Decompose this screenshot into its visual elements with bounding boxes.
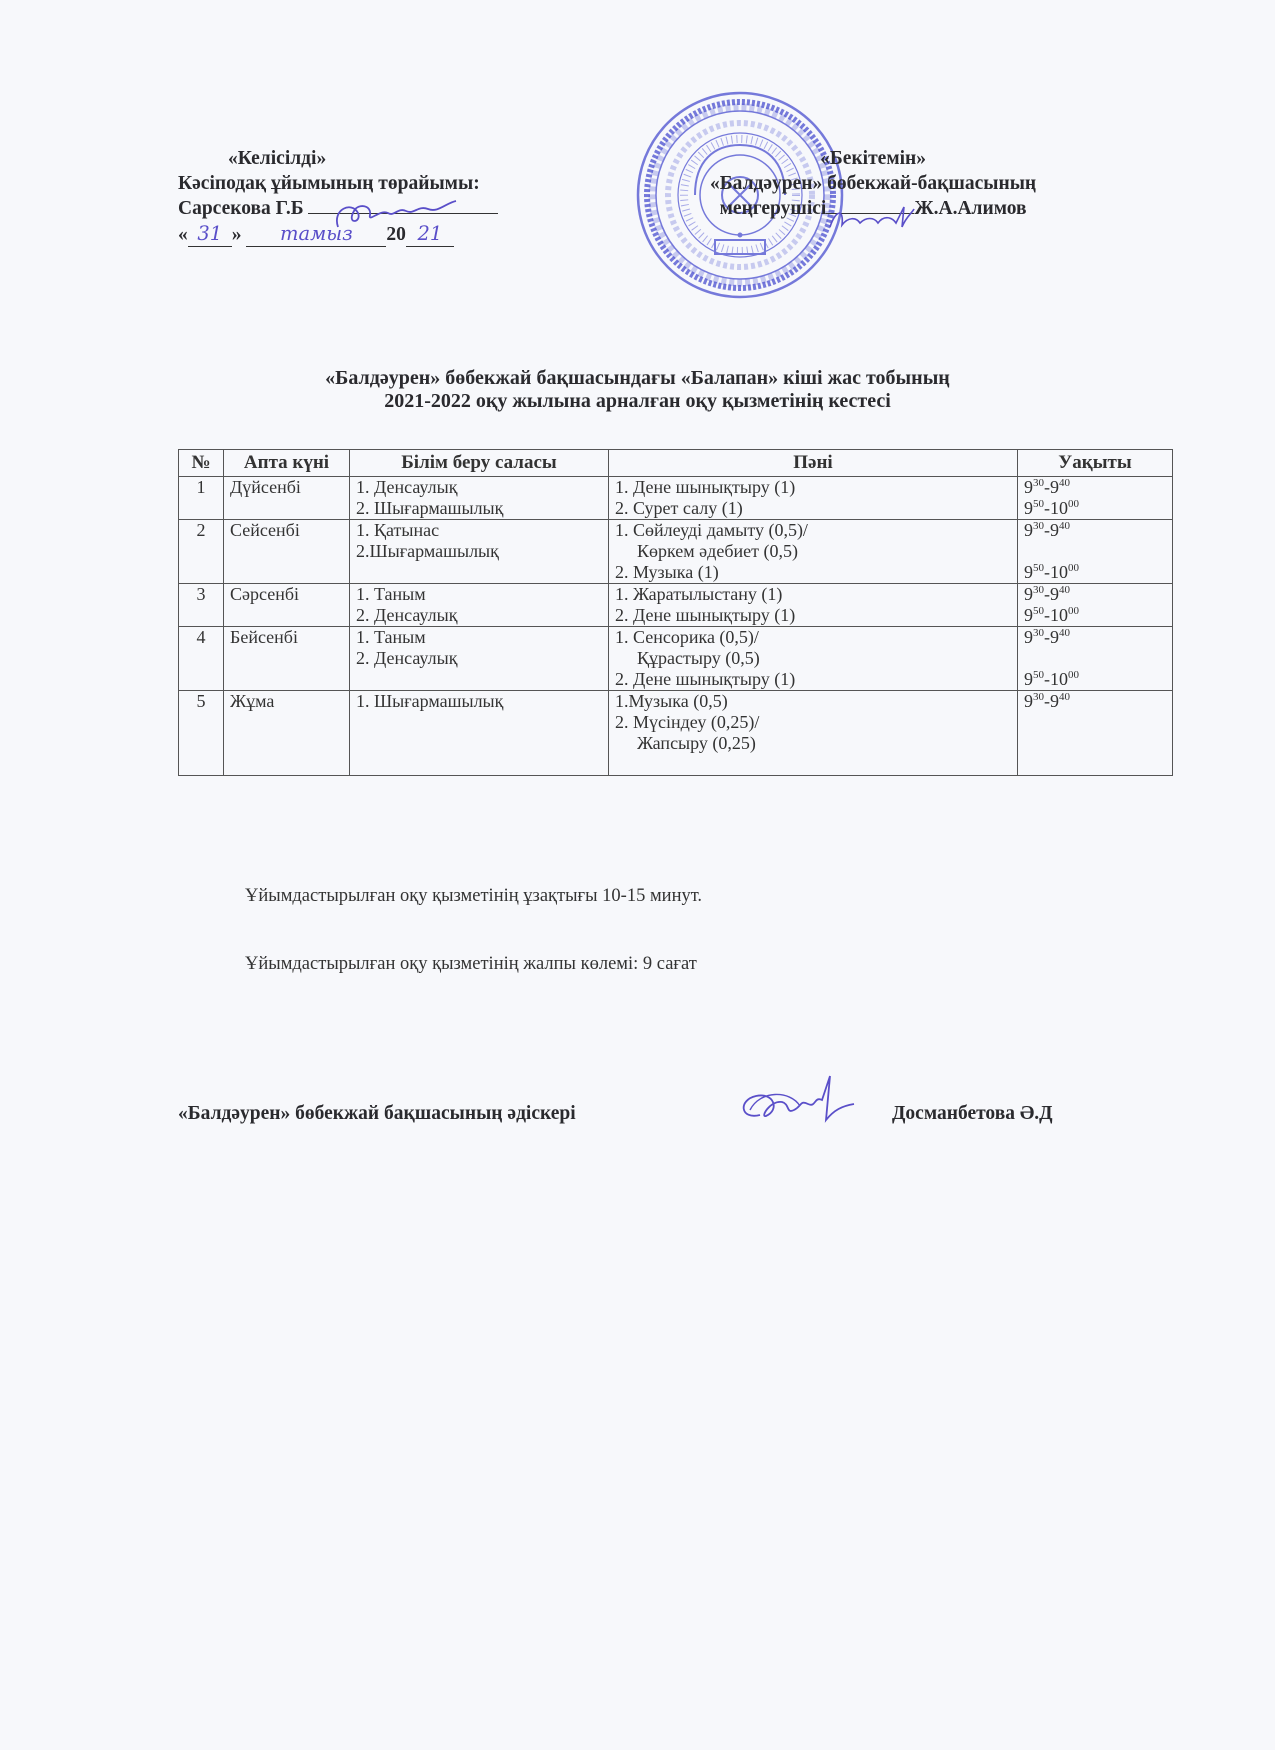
time-minutes: 30 [1033, 520, 1044, 532]
cell-number: 4 [179, 627, 224, 691]
document-title: «Балдәурен» бөбекжай бақшасындағы «Балап… [0, 367, 1275, 413]
education-area-item: 1. Шығармашылық [356, 691, 602, 712]
cell-subject: 1. Дене шынықтыру (1)2. Сурет салу (1) [609, 477, 1018, 520]
subject-item: 1. Сенсорика (0,5)/ [615, 627, 1011, 648]
subject-item: 2. Мүсіндеу (0,25)/ [615, 712, 1011, 733]
education-area-item: 2. Денсаулық [356, 648, 602, 669]
time-hour: 9 [1024, 627, 1033, 647]
time-slot: 950-1000 [1024, 669, 1166, 690]
time-minutes: 00 [1068, 605, 1079, 617]
education-area-item: 1. Денсаулық [356, 477, 602, 498]
education-area-item: 2. Шығармашылық [356, 498, 602, 519]
approval-left-block: «Келісілді» Кәсіподақ ұйымының төрайымы:… [178, 146, 498, 247]
signature-line [308, 213, 498, 214]
time-slot: 930-940 [1024, 691, 1166, 712]
time-minutes: 50 [1033, 498, 1044, 510]
time-slot: 930-940 [1024, 520, 1166, 541]
cell-subject: 1.Музыка (0,5)2. Мүсіндеу (0,25)/Жапсыру… [609, 691, 1018, 776]
cell-number: 2 [179, 520, 224, 584]
time-minutes: 00 [1068, 498, 1079, 510]
subject-item: 2. Дене шынықтыру (1) [615, 669, 1011, 690]
cell-number: 5 [179, 691, 224, 776]
time-hour: 9 [1024, 520, 1033, 540]
time-hour: 9 [1024, 691, 1033, 711]
time-minutes: 30 [1033, 691, 1044, 703]
cell-weekday: Сейсенбі [224, 520, 350, 584]
cell-number: 3 [179, 584, 224, 627]
date-quote-close: » [232, 224, 242, 245]
time-hour: 9 [1024, 498, 1033, 518]
time-minutes: 30 [1033, 627, 1044, 639]
education-area-item: 1. Таным [356, 627, 602, 648]
time-hour: 9 [1050, 520, 1059, 540]
education-area-item: 2. Денсаулық [356, 605, 602, 626]
time-hour: 10 [1050, 669, 1068, 689]
time-minutes: 50 [1033, 669, 1044, 681]
cell-education-area: 1. Таным2. Денсаулық [350, 584, 609, 627]
education-area-item: 1. Таным [356, 584, 602, 605]
approval-left-title: «Келісілді» [178, 146, 498, 171]
table-header-row: № Апта күні Білім беру саласы Пәні Уақыт… [179, 450, 1173, 477]
cell-weekday: Жұма [224, 691, 350, 776]
time-minutes: 00 [1068, 562, 1079, 574]
time-minutes: 00 [1068, 669, 1079, 681]
header-education-area: Білім беру саласы [350, 450, 609, 477]
approval-left-name: Сарсекова Г.Б [178, 198, 304, 219]
time-hour: 10 [1050, 498, 1068, 518]
cell-education-area: 1. Денсаулық2. Шығармашылық [350, 477, 609, 520]
cell-subject: 1. Жаратылыстану (1)2. Дене шынықтыру (1… [609, 584, 1018, 627]
subject-item: 1.Музыка (0,5) [615, 691, 1011, 712]
cell-weekday: Сәрсенбі [224, 584, 350, 627]
subject-item: Құрастыру (0,5) [615, 648, 1011, 669]
time-slot: 950-1000 [1024, 562, 1166, 583]
time-slot: 930-940 [1024, 584, 1166, 605]
table-row: 5Жұма1. Шығармашылық1.Музыка (0,5)2. Мүс… [179, 691, 1173, 776]
approval-right-block: «Бекітемін» «Балдәурен» бөбекжай-бақшасы… [710, 146, 1036, 221]
time-hour: 9 [1024, 605, 1033, 625]
time-slot: 950-1000 [1024, 605, 1166, 626]
time-minutes: 40 [1059, 520, 1070, 532]
handwritten-signature-icon [328, 199, 478, 233]
time-slot: 930-940 [1024, 477, 1166, 498]
subject-item: 1. Дене шынықтыру (1) [615, 477, 1011, 498]
cell-subject: 1. Сенсорика (0,5)/Құрастыру (0,5)2. Ден… [609, 627, 1018, 691]
date-quote-open: « [178, 224, 188, 245]
time-hour: 9 [1024, 477, 1033, 497]
footer-name: Досманбетова Ә.Д [892, 1103, 1053, 1125]
handwritten-signature-icon [826, 203, 916, 233]
time-hour: 9 [1024, 584, 1033, 604]
time-hour: 9 [1024, 669, 1033, 689]
subject-item: 2. Музыка (1) [615, 562, 1011, 583]
time-slot: 930-940 [1024, 627, 1166, 648]
approval-right-org: «Балдәурен» бөбекжай-бақшасының [710, 171, 1036, 196]
time-minutes: 30 [1033, 584, 1044, 596]
table-row: 4Бейсенбі1. Таным2. Денсаулық1. Сенсорик… [179, 627, 1173, 691]
approval-left-position: Кәсіподақ ұйымының төрайымы: [178, 171, 498, 196]
time-hour: 9 [1024, 562, 1033, 582]
cell-education-area: 1. Қатынас2.Шығармашылық [350, 520, 609, 584]
time-minutes: 40 [1059, 584, 1070, 596]
header-subject: Пәні [609, 450, 1018, 477]
cell-time: 930-940950-1000 [1018, 627, 1173, 691]
time-hour: 10 [1050, 605, 1068, 625]
header-weekday: Апта күні [224, 450, 350, 477]
cell-time: 930-940 [1018, 691, 1173, 776]
time-hour: 9 [1050, 691, 1059, 711]
time-minutes: 40 [1059, 477, 1070, 489]
subject-item: 2. Дене шынықтыру (1) [615, 605, 1011, 626]
education-area-item: 1. Қатынас [356, 520, 602, 541]
cell-education-area: 1. Шығармашылық [350, 691, 609, 776]
date-day: 31 [188, 221, 232, 247]
time-slot: 950-1000 [1024, 498, 1166, 519]
time-minutes: 50 [1033, 605, 1044, 617]
approval-right-title: «Бекітемін» [710, 146, 1036, 171]
footer-role: «Балдәурен» бөбекжай бақшасының әдіскері [178, 1103, 576, 1125]
time-hour: 9 [1050, 584, 1059, 604]
subject-item: 1. Сөйлеуді дамыту (0,5)/ [615, 520, 1011, 541]
header-number: № [179, 450, 224, 477]
note-duration: Ұйымдастырылған оқу қызметінің ұзақтығы … [245, 886, 702, 907]
table-row: 2Сейсенбі1. Қатынас2.Шығармашылық1. Сөйл… [179, 520, 1173, 584]
time-minutes: 40 [1059, 691, 1070, 703]
document-title-line2: 2021-2022 оқу жылына арналған оқу қызмет… [0, 390, 1275, 413]
cell-number: 1 [179, 477, 224, 520]
cell-education-area: 1. Таным2. Денсаулық [350, 627, 609, 691]
approval-right-name-line: меңгерушісі Ж.А.Алимов [710, 196, 1036, 221]
time-hour: 9 [1050, 627, 1059, 647]
cell-weekday: Бейсенбі [224, 627, 350, 691]
approval-left-name-line: Сарсекова Г.Б [178, 196, 498, 221]
cell-time: 930-940950-1000 [1018, 477, 1173, 520]
schedule-table: № Апта күні Білім беру саласы Пәні Уақыт… [178, 449, 1173, 776]
subject-item: 1. Жаратылыстану (1) [615, 584, 1011, 605]
header-time: Уақыты [1018, 450, 1173, 477]
approval-right-name: Ж.А.Алимов [914, 198, 1026, 219]
time-hour: 10 [1050, 562, 1068, 582]
subject-item: 2. Сурет салу (1) [615, 498, 1011, 519]
subject-item: Көркем әдебиет (0,5) [615, 541, 1011, 562]
note-total-volume: Ұйымдастырылған оқу қызметінің жалпы көл… [245, 954, 697, 975]
time-minutes: 30 [1033, 477, 1044, 489]
cell-time: 930-940950-1000 [1018, 584, 1173, 627]
time-minutes: 50 [1033, 562, 1044, 574]
handwritten-signature-icon [730, 1070, 870, 1140]
subject-item: Жапсыру (0,25) [615, 733, 1011, 754]
table-row: 1Дүйсенбі1. Денсаулық2. Шығармашылық1. Д… [179, 477, 1173, 520]
cell-time: 930-940950-1000 [1018, 520, 1173, 584]
education-area-item: 2.Шығармашылық [356, 541, 602, 562]
time-minutes: 40 [1059, 627, 1070, 639]
time-hour: 9 [1050, 477, 1059, 497]
signature-line [826, 213, 914, 214]
document-title-line1: «Балдәурен» бөбекжай бақшасындағы «Балап… [0, 367, 1275, 390]
schedule-body: 1Дүйсенбі1. Денсаулық2. Шығармашылық1. Д… [179, 477, 1173, 776]
table-row: 3Сәрсенбі1. Таным2. Денсаулық1. Жаратылы… [179, 584, 1173, 627]
approval-right-position: меңгерушісі [720, 198, 827, 219]
cell-weekday: Дүйсенбі [224, 477, 350, 520]
cell-subject: 1. Сөйлеуді дамыту (0,5)/Көркем әдебиет … [609, 520, 1018, 584]
